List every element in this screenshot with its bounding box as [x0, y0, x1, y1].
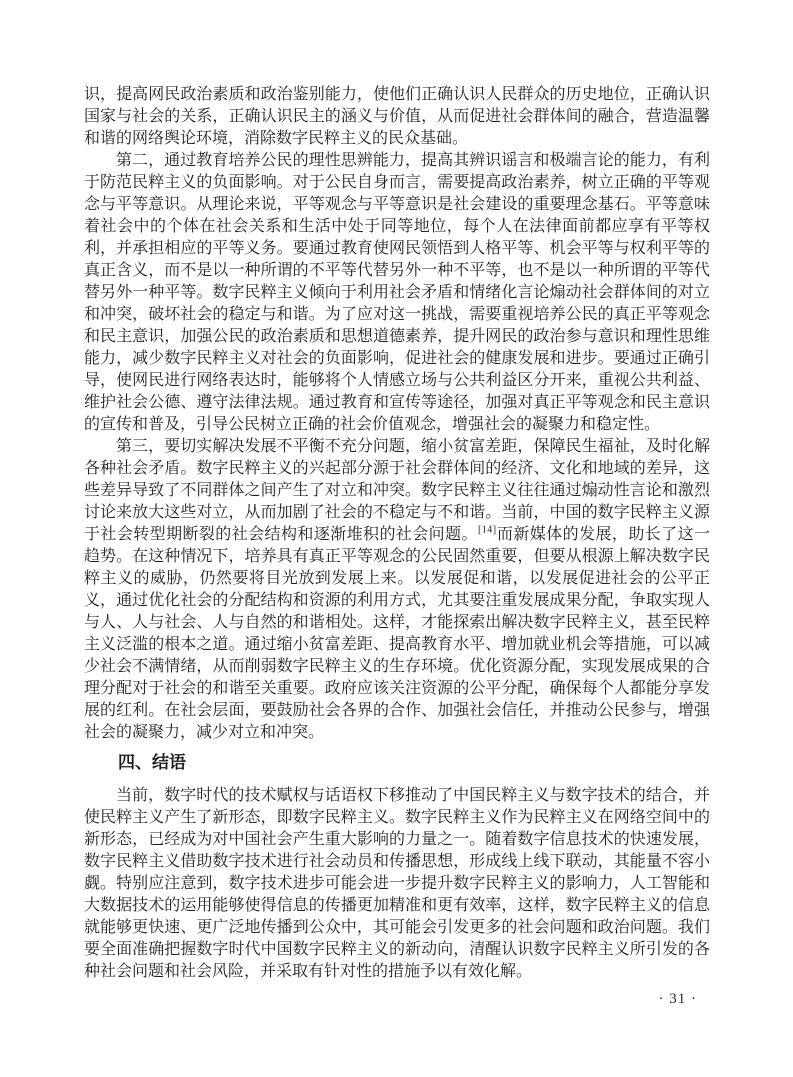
footnote-reference-14: [14] — [478, 525, 497, 536]
section-heading-conclusion: 四、结语 — [84, 752, 710, 774]
paragraph-third-point-text-after-note: 而新媒体的发展，助长了这一趋势。在这种情况下，培养具有真正平等观念的公民固然重要… — [84, 526, 710, 741]
paragraph-conclusion: 当前，数字时代的技术赋权与话语权下移推动了中国民粹主义与数字技术的结合，并使民粹… — [84, 785, 710, 983]
paragraph-third-point: 第三，要切实解决发展不平衡不充分问题，缩小贫富差距，保障民生福祉，及时化解各种社… — [84, 436, 710, 744]
paper-page: 识，提高网民政治素质和政治鉴别能力，使他们正确认识人民群众的历史地位，正确认识国… — [0, 0, 793, 1077]
paragraph-continuation: 识，提高网民政治素质和政治鉴别能力，使他们正确认识人民群众的历史地位，正确认识国… — [84, 84, 710, 150]
page-number: · 31 · — [659, 989, 698, 1009]
text-block: 识，提高网民政治素质和政治鉴别能力，使他们正确认识人民群众的历史地位，正确认识国… — [84, 84, 710, 983]
paragraph-second-point: 第二，通过教育培养公民的理性思辨能力，提高其辨识谣言和极端言论的能力，有利于防范… — [84, 150, 710, 436]
